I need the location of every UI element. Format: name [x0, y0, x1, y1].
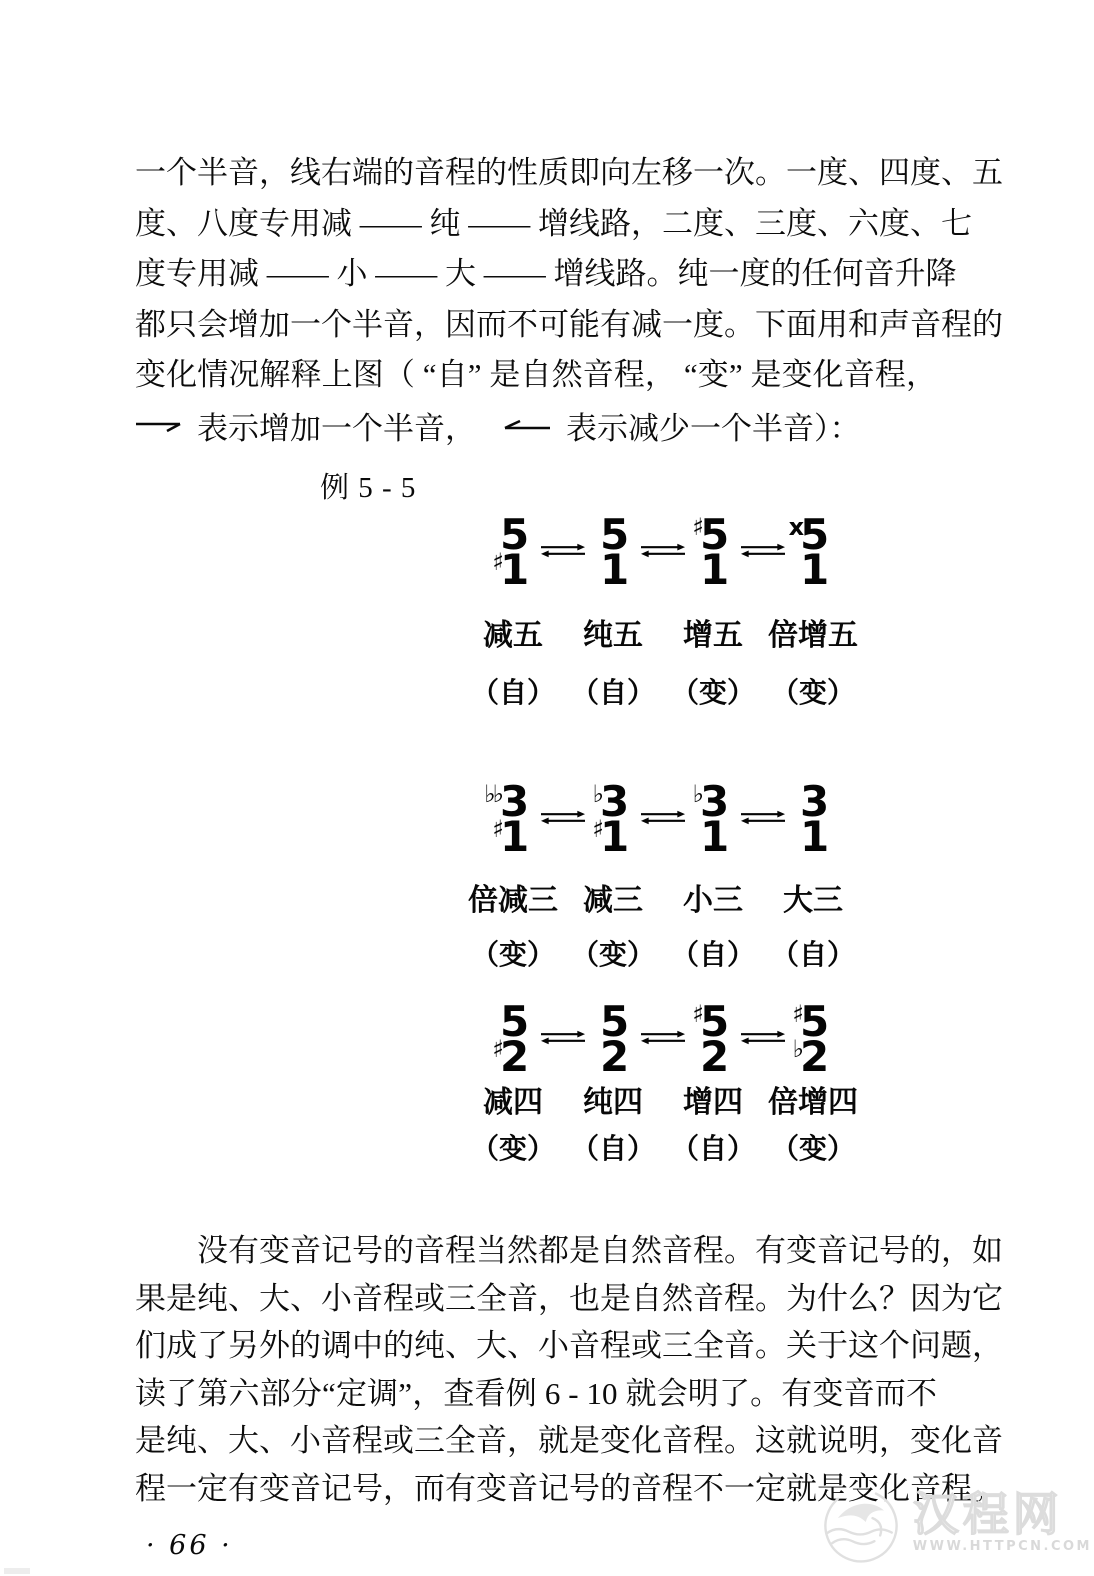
interval-stack: 5 ♯1: [485, 518, 541, 588]
interval-kind: （自）: [785, 933, 841, 973]
interval-bottom-number: 1: [600, 553, 626, 588]
interval-stack: ♭3 ♯1: [585, 785, 641, 855]
interval-bottom-number: 2: [700, 1040, 726, 1075]
intro-paragraph: 一个半音，线右端的音程的性质即向左移一次。一度、四度、五 度、八度专用减 —— …: [135, 148, 937, 451]
accidental: ♭: [593, 777, 601, 811]
number-row: 5 ♯1 5 1 ♯5 1: [485, 518, 841, 588]
interval-kind: （自）: [685, 1127, 741, 1167]
interval-kind: （变）: [585, 933, 641, 973]
interval-label: 倍增四: [785, 1077, 841, 1121]
interval-stack: ♭3 1: [685, 785, 741, 855]
intro-line: 变化情况解释上图（ “自” 是自然音程， “变” 是变化音程，: [135, 350, 937, 401]
interval-kind: （变）: [485, 933, 541, 973]
interval-stack: ♭♭3 ♯1: [485, 785, 541, 855]
accidental: ♯: [692, 510, 701, 544]
digit: 1: [800, 545, 829, 594]
interval-group-fourths: 5 ♯2 5 2 ♯5 2: [485, 1005, 841, 1167]
interval-group-thirds: ♭♭3 ♯1 ♭3 ♯1 ♭3 1: [485, 785, 841, 973]
equilibrium-arrow-icon: [641, 1030, 685, 1045]
body-paragraph: 没有变音记号的音程当然都是自然音程。有变音记号的，如 果是纯、大、小音程或三全音…: [135, 1227, 937, 1512]
interval-label: 增五: [685, 610, 741, 654]
interval-bottom-number: 1: [700, 820, 726, 855]
interval-bottom-number: ♯1: [600, 820, 626, 855]
example-label: 例 5 - 5: [320, 465, 937, 506]
interval-stack: 3 1: [785, 785, 841, 855]
interval-bottom-number: ♯1: [500, 553, 526, 588]
text-column: 一个半音，线右端的音程的性质即向左移一次。一度、四度、五 度、八度专用减 —— …: [135, 148, 937, 1512]
interval-bottom-number: 1: [800, 553, 826, 588]
interval-group-fifths: 5 ♯1 5 1 ♯5 1: [485, 518, 841, 711]
digit: 2: [600, 1032, 629, 1081]
interval-stack: ♯5 2: [685, 1005, 741, 1075]
body-line: 没有变音记号的音程当然都是自然音程。有变音记号的，如: [135, 1227, 937, 1275]
digit: 2: [700, 1032, 729, 1081]
interval-kind: （变）: [685, 671, 741, 711]
equilibrium-arrow-icon: [741, 810, 785, 825]
interval-diagram: 5 ♯1 5 1 ♯5 1: [485, 518, 841, 1167]
kind-row: （变） （自） （自） （变）: [485, 1127, 841, 1167]
increase-arrow-caption: 表示增加一个半音，: [197, 403, 476, 448]
label-row: 减四 纯四 增四 倍增四: [485, 1077, 841, 1121]
decrease-arrow-caption: 表示减少一个半音）：: [566, 403, 861, 448]
scan-artifact-mark: [4, 1568, 30, 1574]
accidental: ♯: [492, 545, 501, 579]
interval-label: 减五: [485, 610, 541, 654]
interval-stack: 5 2: [585, 1005, 641, 1075]
digit: 2: [500, 1032, 529, 1081]
digit: 1: [700, 545, 729, 594]
scanned-book-page: 一个半音，线右端的音程的性质即向左移一次。一度、四度、五 度、八度专用减 —— …: [0, 0, 1094, 1576]
interval-kind: （自）: [485, 671, 541, 711]
interval-label: 小三: [685, 875, 741, 919]
equilibrium-arrow-icon: [641, 810, 685, 825]
kind-row: （变） （变） （自） （自）: [485, 933, 841, 973]
digit: 1: [500, 812, 529, 861]
accidental: ♯: [492, 812, 501, 846]
accidental: ♯: [492, 1032, 501, 1066]
interval-label: 增四: [685, 1077, 741, 1121]
accidental: ♭: [693, 777, 701, 811]
interval-bottom-number: ♯2: [500, 1040, 526, 1075]
equilibrium-arrow-icon: [741, 543, 785, 558]
body-line: 读了第六部分“定调”，查看例 6 - 10 就会明了。有变音而不: [135, 1370, 937, 1418]
page-number: · 66 ·: [146, 1530, 1094, 1561]
interval-bottom-number: ♯1: [500, 820, 526, 855]
digit: 1: [600, 812, 629, 861]
intro-line: 度、八度专用减 —— 纯 —— 增线路，二度、三度、六度、七: [135, 199, 937, 250]
interval-kind: （变）: [785, 1127, 841, 1167]
number-row: 5 ♯2 5 2 ♯5 2: [485, 1005, 841, 1075]
interval-label: 倍增五: [785, 610, 841, 654]
interval-kind: （变）: [485, 1127, 541, 1167]
interval-kind: （变）: [785, 671, 841, 711]
body-line: 程一定有变音记号，而有变音记号的音程不一定就是变化音程。: [135, 1465, 937, 1513]
digit: 1: [600, 545, 629, 594]
digit: 1: [500, 545, 529, 594]
accidental: ♯: [692, 997, 701, 1031]
accidental: x: [789, 510, 801, 544]
digit: 2: [800, 1032, 829, 1081]
interval-stack: x5 1: [785, 518, 841, 588]
interval-label: 纯四: [585, 1077, 641, 1121]
interval-bottom-number: 1: [800, 820, 826, 855]
digit: 1: [700, 812, 729, 861]
body-line: 们成了另外的调中的纯、大、小音程或三全音。关于这个问题，: [135, 1322, 937, 1370]
interval-label: 纯五: [585, 610, 641, 654]
kind-row: （自） （自） （变） （变）: [485, 671, 841, 711]
interval-stack: 5 1: [585, 518, 641, 588]
intro-line: 都只会增加一个半音，因而不可能有减一度。下面用和声音程的: [135, 300, 937, 351]
interval-stack: ♯5 ♭2: [785, 1005, 841, 1075]
interval-label: 倍减三: [485, 875, 541, 919]
body-line: 是纯、大、小音程或三全音，就是变化音程。这就说明，变化音: [135, 1417, 937, 1465]
equilibrium-arrow-icon: [641, 543, 685, 558]
equilibrium-arrow-icon: [541, 1030, 585, 1045]
body-line: 果是纯、大、小音程或三全音，也是自然音程。为什么？因为它: [135, 1275, 937, 1323]
equilibrium-arrow-icon: [741, 1030, 785, 1045]
intro-line: 一个半音，线右端的音程的性质即向左移一次。一度、四度、五: [135, 148, 937, 199]
accidental: ♭: [793, 1032, 801, 1066]
interval-stack: ♯5 1: [685, 518, 741, 588]
digit: 1: [800, 812, 829, 861]
interval-kind: （自）: [685, 933, 741, 973]
equilibrium-arrow-icon: [541, 810, 585, 825]
intro-arrow-line: 表示增加一个半音， 表示减少一个半音）：: [135, 401, 937, 452]
interval-label: 减三: [585, 875, 641, 919]
label-row: 减五 纯五 增五 倍增五: [485, 610, 841, 654]
interval-kind: （自）: [585, 671, 641, 711]
intro-line: 度专用减 —— 小 —— 大 —— 增线路。纯一度的任何音升降: [135, 249, 937, 300]
accidental: ♯: [592, 812, 601, 846]
interval-kind: （自）: [585, 1127, 641, 1167]
interval-bottom-number: 1: [700, 553, 726, 588]
label-row: 倍减三 减三 小三 大三: [485, 875, 841, 919]
accidental: ♯: [792, 997, 801, 1031]
decrease-semitone-arrow-icon: [502, 418, 552, 434]
interval-label: 减四: [485, 1077, 541, 1121]
interval-stack: 5 ♯2: [485, 1005, 541, 1075]
number-row: ♭♭3 ♯1 ♭3 ♯1 ♭3 1: [485, 785, 841, 855]
equilibrium-arrow-icon: [541, 543, 585, 558]
interval-bottom-number: ♭2: [800, 1040, 826, 1075]
interval-label: 大三: [785, 875, 841, 919]
increase-semitone-arrow-icon: [135, 418, 183, 434]
interval-bottom-number: 2: [600, 1040, 626, 1075]
accidental: ♭♭: [484, 777, 501, 811]
